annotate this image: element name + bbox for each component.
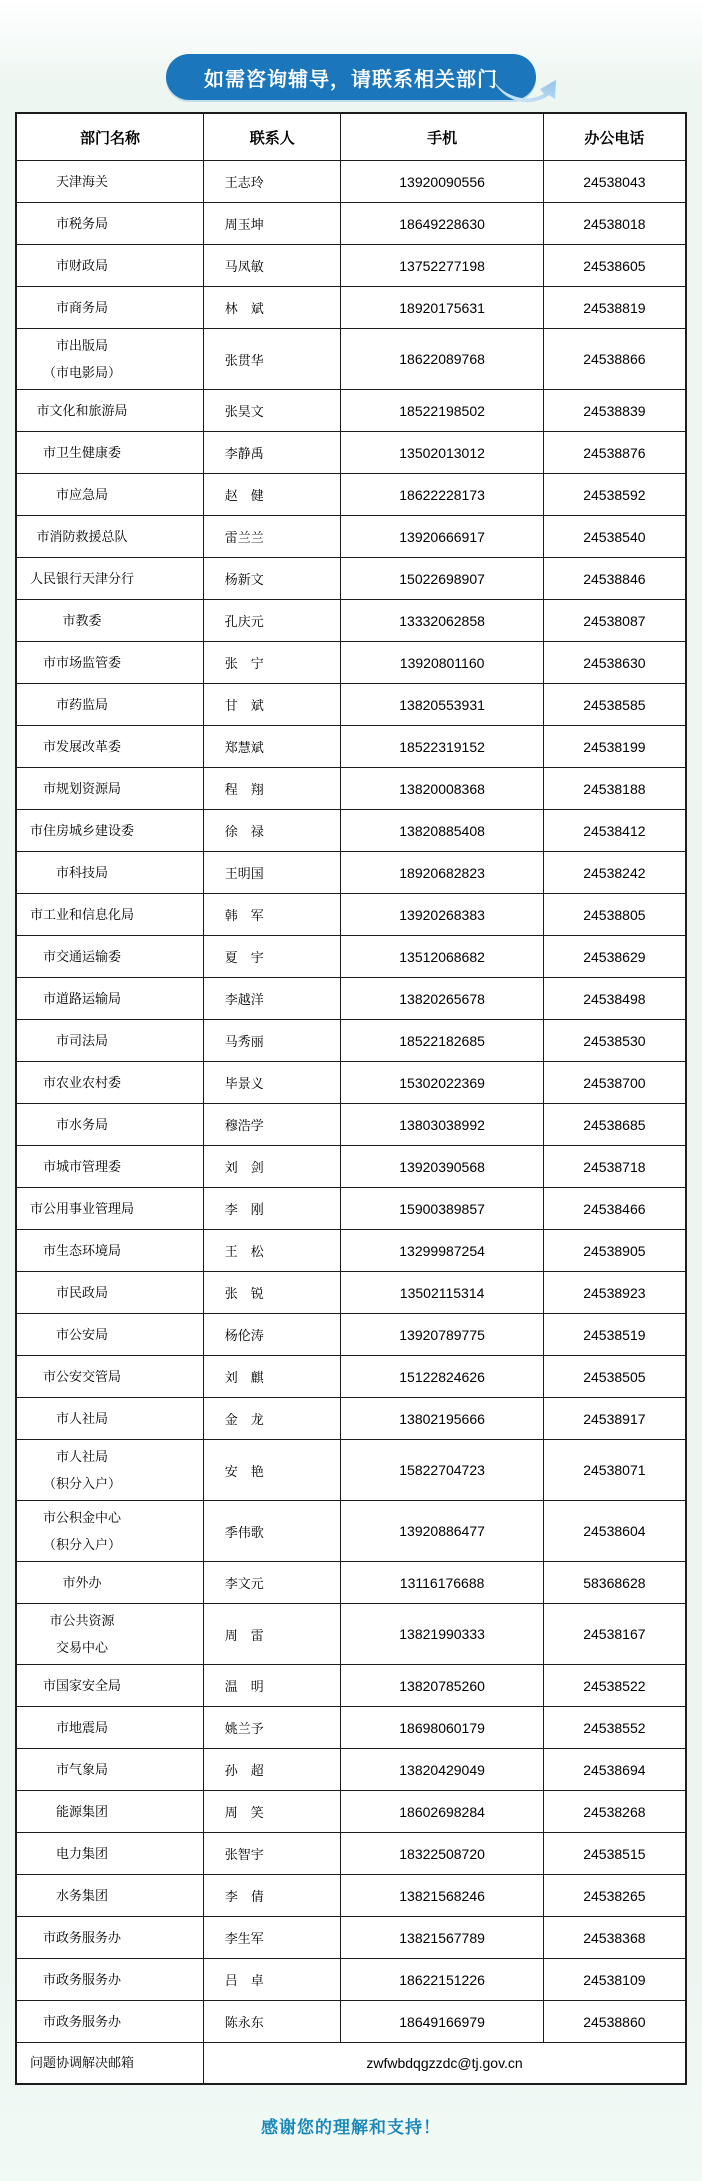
contact-cell: 孙 超 [204, 1749, 341, 1791]
footer-message: 感谢您的理解和支持！ [0, 2113, 702, 2138]
header-contact: 联系人 [204, 113, 341, 161]
mobile-cell: 18622228173 [341, 474, 543, 516]
contact-cell: 张 宁 [204, 642, 341, 684]
dept-cell: 市气象局 [16, 1749, 204, 1791]
office-cell: 24538694 [543, 1749, 686, 1791]
mobile-cell: 18622089768 [341, 329, 543, 390]
table-row: 市交通运输委夏 宇1351206868224538629 [16, 936, 686, 978]
dept-cell: 市教委 [16, 600, 204, 642]
dept-cell: 市国家安全局 [16, 1665, 204, 1707]
contact-cell: 甘 斌 [204, 684, 341, 726]
dept-cell: 市应急局 [16, 474, 204, 516]
office-cell: 24538917 [543, 1398, 686, 1440]
office-cell: 24538071 [543, 1440, 686, 1501]
office-cell: 24538043 [543, 161, 686, 203]
contact-cell: 刘 麒 [204, 1356, 341, 1398]
dept-cell: 市生态环境局 [16, 1230, 204, 1272]
contact-cell: 王志玲 [204, 161, 341, 203]
contact-cell: 王 松 [204, 1230, 341, 1272]
table-row: 市生态环境局王 松1329998725424538905 [16, 1230, 686, 1272]
dept-cell: 市住房城乡建设委 [16, 810, 204, 852]
table-row: 天津海关王志玲1392009055624538043 [16, 161, 686, 203]
contact-cell: 马凤敏 [204, 245, 341, 287]
contact-cell: 刘 剑 [204, 1146, 341, 1188]
office-cell: 24538905 [543, 1230, 686, 1272]
contact-cell: 张贯华 [204, 329, 341, 390]
table-row: 市政务服务办李生军1382156778924538368 [16, 1917, 686, 1959]
table-row: 市发展改革委郑慧斌1852231915224538199 [16, 726, 686, 768]
dept-cell: 市人社局 （积分入户） [16, 1440, 204, 1501]
office-cell: 24538846 [543, 558, 686, 600]
dept-cell: 电力集团 [16, 1833, 204, 1875]
mobile-cell: 13820885408 [341, 810, 543, 852]
dept-cell: 市道路运输局 [16, 978, 204, 1020]
table-row: 市应急局赵 健1862222817324538592 [16, 474, 686, 516]
contact-cell: 张昊文 [204, 390, 341, 432]
swoosh-arrow-icon [490, 64, 564, 110]
dept-cell: 市外办 [16, 1562, 204, 1604]
dept-cell: 市公安交管局 [16, 1356, 204, 1398]
mobile-cell: 15122824626 [341, 1356, 543, 1398]
office-cell: 24538505 [543, 1356, 686, 1398]
office-cell: 24538685 [543, 1104, 686, 1146]
contacts-table-foot: 问题协调解决邮箱 zwfwbdqgzzdc@tj.gov.cn [16, 2043, 686, 2085]
mobile-cell: 13920886477 [341, 1501, 543, 1562]
mobile-cell: 18622151226 [341, 1959, 543, 2001]
page: 如需咨询辅导，请联系相关部门 部门名称 联系人 手 [0, 0, 702, 2181]
contact-cell: 周 雷 [204, 1604, 341, 1665]
dept-cell: 市市场监管委 [16, 642, 204, 684]
contact-cell: 韩 军 [204, 894, 341, 936]
mobile-cell: 13299987254 [341, 1230, 543, 1272]
contact-cell: 李静禹 [204, 432, 341, 474]
mobile-cell: 13920090556 [341, 161, 543, 203]
mobile-cell: 13502115314 [341, 1272, 543, 1314]
contact-cell: 程 翔 [204, 768, 341, 810]
contact-cell: 吕 卓 [204, 1959, 341, 2001]
mobile-cell: 13820265678 [341, 978, 543, 1020]
contact-cell: 雷兰兰 [204, 516, 341, 558]
office-cell: 24538498 [543, 978, 686, 1020]
mobile-cell: 13820429049 [341, 1749, 543, 1791]
mobile-cell: 13820008368 [341, 768, 543, 810]
mobile-cell: 13920666917 [341, 516, 543, 558]
office-cell: 24538718 [543, 1146, 686, 1188]
office-cell: 24538876 [543, 432, 686, 474]
table-row: 市公用事业管理局李 刚1590038985724538466 [16, 1188, 686, 1230]
office-cell: 24538866 [543, 329, 686, 390]
contact-cell: 李越洋 [204, 978, 341, 1020]
contact-cell: 李 刚 [204, 1188, 341, 1230]
contact-cell: 季伟歌 [204, 1501, 341, 1562]
mobile-cell: 13332062858 [341, 600, 543, 642]
contact-cell: 赵 健 [204, 474, 341, 516]
dept-cell: 市公安局 [16, 1314, 204, 1356]
mobile-cell: 13821567789 [341, 1917, 543, 1959]
dept-cell: 市商务局 [16, 287, 204, 329]
dept-cell: 市政务服务办 [16, 1959, 204, 2001]
table-row: 市水务局穆浩学1380303899224538685 [16, 1104, 686, 1146]
dept-cell: 市政务服务办 [16, 1917, 204, 1959]
dept-cell: 市民政局 [16, 1272, 204, 1314]
header-mobile: 手机 [341, 113, 543, 161]
contact-cell: 李 倩 [204, 1875, 341, 1917]
office-cell: 24538368 [543, 1917, 686, 1959]
office-cell: 24538860 [543, 2001, 686, 2043]
mobile-cell: 13512068682 [341, 936, 543, 978]
email-row-label: 问题协调解决邮箱 [16, 2043, 204, 2085]
dept-cell: 市公用事业管理局 [16, 1188, 204, 1230]
dept-cell: 能源集团 [16, 1791, 204, 1833]
dept-cell: 市财政局 [16, 245, 204, 287]
contact-cell: 徐 禄 [204, 810, 341, 852]
mobile-cell: 15822704723 [341, 1440, 543, 1501]
contact-cell: 张 锐 [204, 1272, 341, 1314]
mobile-cell: 13821990333 [341, 1604, 543, 1665]
dept-cell: 市公共资源 交易中心 [16, 1604, 204, 1665]
table-row: 市教委孔庆元1333206285824538087 [16, 600, 686, 642]
dept-cell: 市消防救援总队 [16, 516, 204, 558]
office-cell: 24538109 [543, 1959, 686, 2001]
contact-cell: 周玉坤 [204, 203, 341, 245]
dept-cell: 市科技局 [16, 852, 204, 894]
table-row: 市出版局 （市电影局）张贯华1862208976824538866 [16, 329, 686, 390]
contact-cell: 姚兰予 [204, 1707, 341, 1749]
table-row: 市政务服务办陈永东1864916697924538860 [16, 2001, 686, 2043]
banner-button: 如需咨询辅导，请联系相关部门 [166, 54, 536, 100]
table-row: 市商务局林 斌1892017563124538819 [16, 287, 686, 329]
table-row: 市工业和信息化局韩 军1392026838324538805 [16, 894, 686, 936]
office-cell: 24538604 [543, 1501, 686, 1562]
contact-cell: 穆浩学 [204, 1104, 341, 1146]
mobile-cell: 13920801160 [341, 642, 543, 684]
office-cell: 24538630 [543, 642, 686, 684]
table-row: 市规划资源局程 翔1382000836824538188 [16, 768, 686, 810]
contact-cell: 金 龙 [204, 1398, 341, 1440]
dept-cell: 市地震局 [16, 1707, 204, 1749]
office-cell: 24538265 [543, 1875, 686, 1917]
office-cell: 24538242 [543, 852, 686, 894]
office-cell: 24538540 [543, 516, 686, 558]
dept-cell: 市出版局 （市电影局） [16, 329, 204, 390]
mobile-cell: 13920268383 [341, 894, 543, 936]
dept-cell: 市税务局 [16, 203, 204, 245]
office-cell: 24538805 [543, 894, 686, 936]
office-cell: 24538167 [543, 1604, 686, 1665]
header-row: 部门名称 联系人 手机 办公电话 [16, 113, 686, 161]
table-row: 市文化和旅游局张昊文1852219850224538839 [16, 390, 686, 432]
contacts-table-body: 天津海关王志玲1392009055624538043市税务局周玉坤1864922… [16, 161, 686, 2043]
table-row: 市国家安全局温 明1382078526024538522 [16, 1665, 686, 1707]
email-address: zwfwbdqgzzdc@tj.gov.cn [204, 2043, 686, 2085]
contact-cell: 毕景义 [204, 1062, 341, 1104]
office-cell: 24538839 [543, 390, 686, 432]
office-cell: 24538605 [543, 245, 686, 287]
dept-cell: 市政务服务办 [16, 2001, 204, 2043]
dept-cell: 市城市管理委 [16, 1146, 204, 1188]
dept-cell: 市发展改革委 [16, 726, 204, 768]
mobile-cell: 18522182685 [341, 1020, 543, 1062]
office-cell: 24538188 [543, 768, 686, 810]
dept-cell: 市水务局 [16, 1104, 204, 1146]
office-cell: 24538268 [543, 1791, 686, 1833]
table-row: 市人社局金 龙1380219566624538917 [16, 1398, 686, 1440]
dept-cell: 水务集团 [16, 1875, 204, 1917]
table-row: 市税务局周玉坤1864922863024538018 [16, 203, 686, 245]
contact-cell: 温 明 [204, 1665, 341, 1707]
mobile-cell: 13821568246 [341, 1875, 543, 1917]
table-row: 市政务服务办吕 卓1862215122624538109 [16, 1959, 686, 2001]
mobile-cell: 13116176688 [341, 1562, 543, 1604]
table-row: 水务集团李 倩1382156824624538265 [16, 1875, 686, 1917]
contact-cell: 杨新文 [204, 558, 341, 600]
dept-cell: 人民银行天津分行 [16, 558, 204, 600]
table-row: 人民银行天津分行杨新文1502269890724538846 [16, 558, 686, 600]
table-row: 市财政局马凤敏1375227719824538605 [16, 245, 686, 287]
office-cell: 24538515 [543, 1833, 686, 1875]
office-cell: 24538087 [543, 600, 686, 642]
dept-cell: 市工业和信息化局 [16, 894, 204, 936]
table-row: 市农业农村委毕景义1530202236924538700 [16, 1062, 686, 1104]
mobile-cell: 15302022369 [341, 1062, 543, 1104]
dept-cell: 市文化和旅游局 [16, 390, 204, 432]
contact-cell: 周 笑 [204, 1791, 341, 1833]
office-cell: 24538700 [543, 1062, 686, 1104]
dept-cell: 市司法局 [16, 1020, 204, 1062]
mobile-cell: 18322508720 [341, 1833, 543, 1875]
contact-cell: 孔庆元 [204, 600, 341, 642]
table-row: 市消防救援总队雷兰兰1392066691724538540 [16, 516, 686, 558]
dept-cell: 市人社局 [16, 1398, 204, 1440]
contact-cell: 王明国 [204, 852, 341, 894]
mobile-cell: 13920789775 [341, 1314, 543, 1356]
mobile-cell: 13802195666 [341, 1398, 543, 1440]
table-row: 能源集团周 笑1860269828424538268 [16, 1791, 686, 1833]
table-row: 电力集团张智宇1832250872024538515 [16, 1833, 686, 1875]
office-cell: 24538018 [543, 203, 686, 245]
dept-cell: 天津海关 [16, 161, 204, 203]
mobile-cell: 18602698284 [341, 1791, 543, 1833]
banner-container: 如需咨询辅导，请联系相关部门 [0, 54, 702, 100]
table-row: 市卫生健康委李静禹1350201301224538876 [16, 432, 686, 474]
office-cell: 24538923 [543, 1272, 686, 1314]
table-row: 市外办李文元1311617668858368628 [16, 1562, 686, 1604]
mobile-cell: 18649228630 [341, 203, 543, 245]
table-row: 市人社局 （积分入户）安 艳1582270472324538071 [16, 1440, 686, 1501]
mobile-cell: 15900389857 [341, 1188, 543, 1230]
mobile-cell: 18522198502 [341, 390, 543, 432]
mobile-cell: 18522319152 [341, 726, 543, 768]
contact-cell: 杨伦涛 [204, 1314, 341, 1356]
table-row: 市地震局姚兰予1869806017924538552 [16, 1707, 686, 1749]
header-office: 办公电话 [543, 113, 686, 161]
dept-cell: 市农业农村委 [16, 1062, 204, 1104]
mobile-cell: 13752277198 [341, 245, 543, 287]
dept-cell: 市药监局 [16, 684, 204, 726]
mobile-cell: 13820553931 [341, 684, 543, 726]
table-row: 市城市管理委刘 剑1392039056824538718 [16, 1146, 686, 1188]
table-row: 市科技局王明国1892068282324538242 [16, 852, 686, 894]
office-cell: 24538585 [543, 684, 686, 726]
office-cell: 24538519 [543, 1314, 686, 1356]
office-cell: 24538530 [543, 1020, 686, 1062]
mobile-cell: 18649166979 [341, 2001, 543, 2043]
mobile-cell: 13920390568 [341, 1146, 543, 1188]
table-row: 市公安交管局刘 麒1512282462624538505 [16, 1356, 686, 1398]
mobile-cell: 13803038992 [341, 1104, 543, 1146]
table-row: 市公安局杨伦涛1392078977524538519 [16, 1314, 686, 1356]
contact-cell: 林 斌 [204, 287, 341, 329]
mobile-cell: 18698060179 [341, 1707, 543, 1749]
table-row: 市药监局甘 斌1382055393124538585 [16, 684, 686, 726]
dept-cell: 市卫生健康委 [16, 432, 204, 474]
banner-label: 如需咨询辅导，请联系相关部门 [204, 63, 498, 92]
table-row: 市公积金中心 （积分入户）季伟歌1392088647724538604 [16, 1501, 686, 1562]
mobile-cell: 13502013012 [341, 432, 543, 474]
table-row: 市气象局孙 超1382042904924538694 [16, 1749, 686, 1791]
office-cell: 24538466 [543, 1188, 686, 1230]
dept-cell: 市公积金中心 （积分入户） [16, 1501, 204, 1562]
office-cell: 24538552 [543, 1707, 686, 1749]
table-row: 市司法局马秀丽1852218268524538530 [16, 1020, 686, 1062]
table-row: 市市场监管委张 宁1392080116024538630 [16, 642, 686, 684]
contact-cell: 郑慧斌 [204, 726, 341, 768]
email-row: 问题协调解决邮箱 zwfwbdqgzzdc@tj.gov.cn [16, 2043, 686, 2085]
office-cell: 24538522 [543, 1665, 686, 1707]
contact-cell: 张智宇 [204, 1833, 341, 1875]
table-row: 市公共资源 交易中心周 雷1382199033324538167 [16, 1604, 686, 1665]
dept-cell: 市交通运输委 [16, 936, 204, 978]
contact-cell: 李文元 [204, 1562, 341, 1604]
contacts-table: 部门名称 联系人 手机 办公电话 天津海关王志玲1392009055624538… [15, 112, 687, 2085]
table-row: 市住房城乡建设委徐 禄1382088540824538412 [16, 810, 686, 852]
contact-cell: 马秀丽 [204, 1020, 341, 1062]
table-row: 市民政局张 锐1350211531424538923 [16, 1272, 686, 1314]
office-cell: 58368628 [543, 1562, 686, 1604]
mobile-cell: 15022698907 [341, 558, 543, 600]
office-cell: 24538819 [543, 287, 686, 329]
mobile-cell: 18920175631 [341, 287, 543, 329]
office-cell: 24538592 [543, 474, 686, 516]
contacts-table-header: 部门名称 联系人 手机 办公电话 [16, 113, 686, 161]
contact-cell: 李生军 [204, 1917, 341, 1959]
mobile-cell: 13820785260 [341, 1665, 543, 1707]
office-cell: 24538199 [543, 726, 686, 768]
header-dept: 部门名称 [16, 113, 204, 161]
contact-cell: 陈永东 [204, 2001, 341, 2043]
office-cell: 24538629 [543, 936, 686, 978]
table-row: 市道路运输局李越洋1382026567824538498 [16, 978, 686, 1020]
contact-cell: 安 艳 [204, 1440, 341, 1501]
office-cell: 24538412 [543, 810, 686, 852]
contact-cell: 夏 宇 [204, 936, 341, 978]
dept-cell: 市规划资源局 [16, 768, 204, 810]
mobile-cell: 18920682823 [341, 852, 543, 894]
